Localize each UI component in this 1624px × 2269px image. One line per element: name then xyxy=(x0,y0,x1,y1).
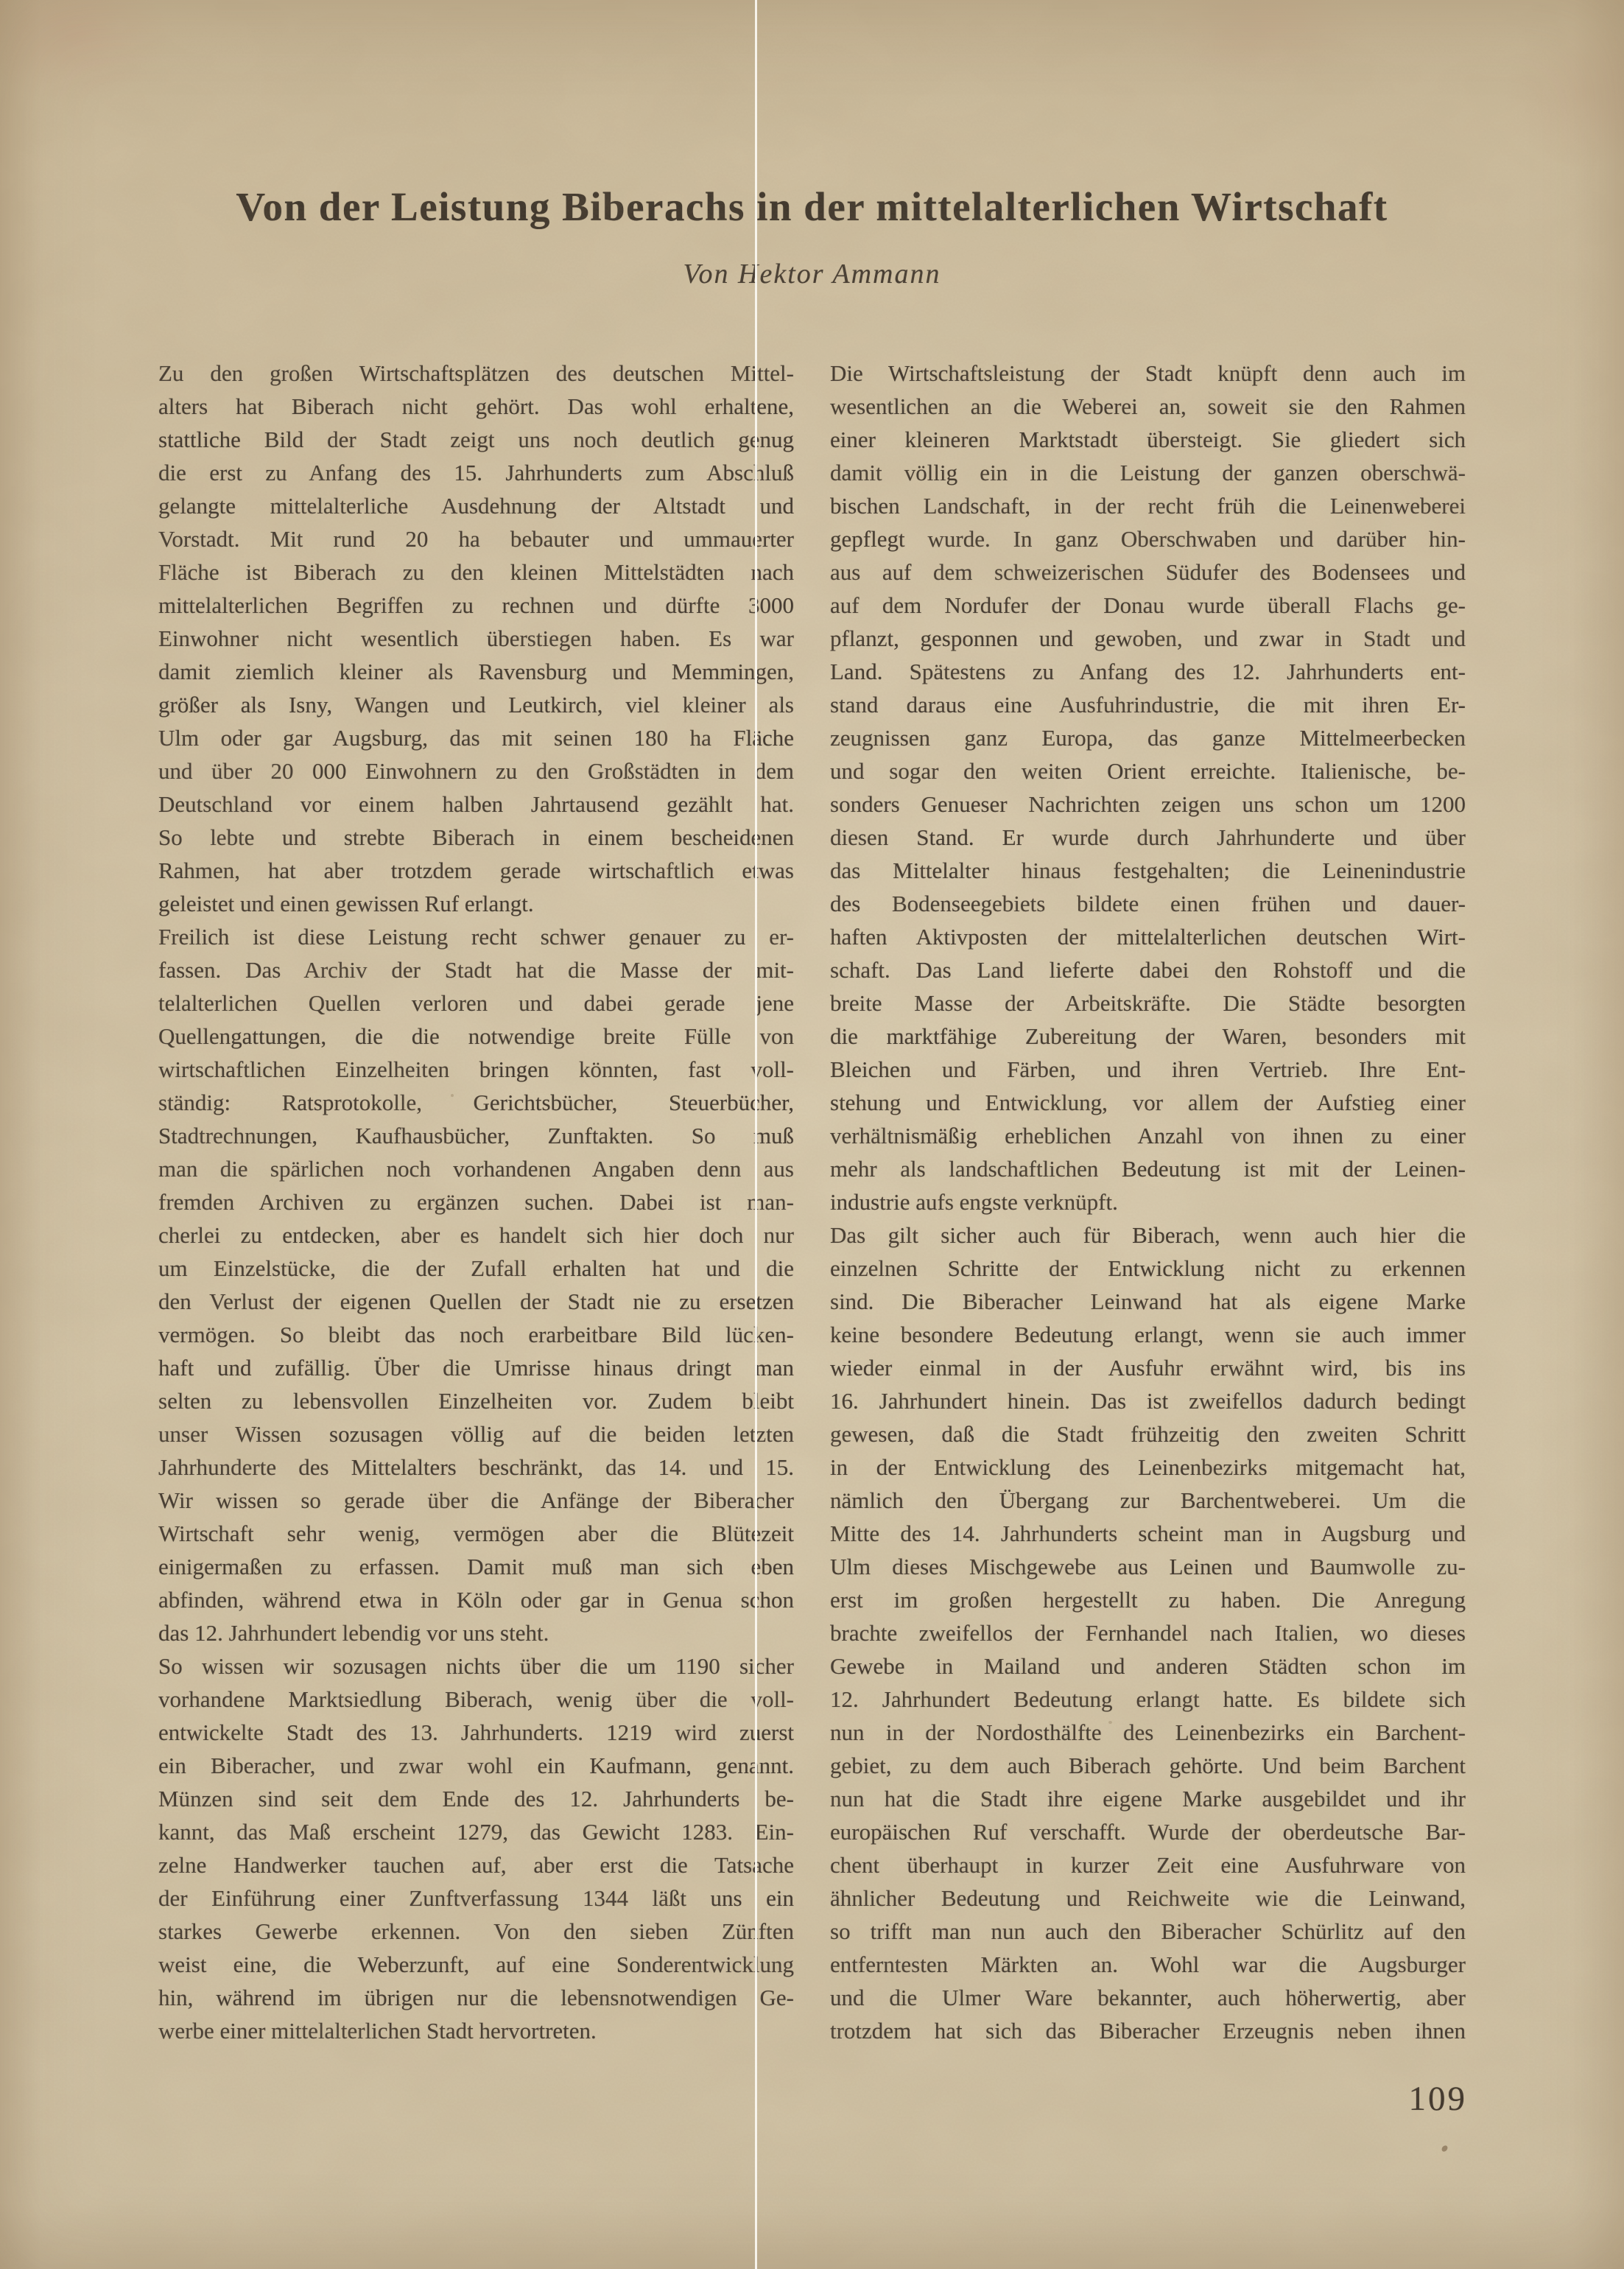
text-line: wesentlichen an die Weberei an, soweit s… xyxy=(830,390,1466,423)
text-line: mehr als landschaftlichen Bedeutung ist … xyxy=(830,1152,1466,1185)
text-line: europäischen Ruf verschafft. Wurde der o… xyxy=(830,1815,1466,1848)
text-line: chent überhaupt in kurzer Zeit eine Ausf… xyxy=(830,1848,1466,1882)
paper-speck xyxy=(1441,2144,1449,2153)
article-byline: Von Hektor Ammann xyxy=(0,258,1624,290)
left-column: Zu den großen Wirtschaftsplätzen des deu… xyxy=(158,357,794,2047)
text-line: Fläche ist Biberach zu den kleinen Mitte… xyxy=(158,555,794,589)
text-line: in der Entwicklung des Leinenbezirks mit… xyxy=(830,1451,1466,1484)
text-line: Vorstadt. Mit rund 20 ha bebauter und um… xyxy=(158,522,794,555)
text-columns: Zu den großen Wirtschaftsplätzen des deu… xyxy=(158,357,1466,2047)
paper-stain xyxy=(1149,0,1370,88)
text-line: Mitte des 14. Jahrhunderts scheint man i… xyxy=(830,1517,1466,1550)
text-line: nun hat die Stadt ihre eigene Marke ausg… xyxy=(830,1782,1466,1815)
text-line: damit ziemlich kleiner als Ravensburg un… xyxy=(158,655,794,688)
text-line: industrie aufs engste verknüpft. xyxy=(830,1185,1466,1218)
text-line: zeugnissen ganz Europa, das ganze Mittel… xyxy=(830,721,1466,754)
text-line: Quellengattungen, die die notwendige bre… xyxy=(158,1020,794,1053)
text-line: Stadtrechnungen, Kaufhausbücher, Zunftak… xyxy=(158,1119,794,1152)
text-line: Wirtschaft sehr wenig, vermögen aber die… xyxy=(158,1517,794,1550)
text-line: und sogar den weiten Orient erreichte. I… xyxy=(830,754,1466,788)
paper-stain xyxy=(0,0,169,103)
text-line: einigermaßen zu erfassen. Damit muß man … xyxy=(158,1550,794,1583)
text-line: Ulm dieses Mischgewebe aus Leinen und Ba… xyxy=(830,1550,1466,1583)
text-line: des Bodenseegebiets bildete einen frühen… xyxy=(830,887,1466,920)
text-line: trotzdem hat sich das Biberacher Erzeugn… xyxy=(830,2014,1466,2047)
text-line: stand daraus eine Ausfuhrindustrie, die … xyxy=(830,688,1466,721)
text-line: Zu den großen Wirtschaftsplätzen des deu… xyxy=(158,357,794,390)
text-line: die marktfähige Zubereitung der Waren, b… xyxy=(830,1020,1466,1053)
text-line: Deutschland vor einem halben Jahrtausend… xyxy=(158,788,794,821)
text-line: diesen Stand. Er wurde durch Jahrhundert… xyxy=(830,821,1466,854)
text-line: alters hat Biberach nicht gehört. Das wo… xyxy=(158,390,794,423)
text-line: geleistet und einen gewissen Ruf erlangt… xyxy=(158,887,794,920)
text-line: pflanzt, gesponnen und gewoben, und zwar… xyxy=(830,622,1466,655)
text-line: einzelnen Schritte der Entwicklung nicht… xyxy=(830,1252,1466,1285)
text-line: So wissen wir sozusagen nichts über die … xyxy=(158,1649,794,1683)
text-line: Rahmen, hat aber trotzdem gerade wirtsch… xyxy=(158,854,794,887)
text-line: das 12. Jahrhundert lebendig vor uns ste… xyxy=(158,1616,794,1649)
right-column: Die Wirtschaftsleistung der Stadt knüpft… xyxy=(830,357,1466,2047)
text-line: sonders Genueser Nachrichten zeigen uns … xyxy=(830,788,1466,821)
text-line: 16. Jahrhundert hinein. Das ist zweifell… xyxy=(830,1384,1466,1417)
text-line: so trifft man nun auch den Biberacher Sc… xyxy=(830,1915,1466,1948)
page-number: 109 xyxy=(1252,2079,1467,2119)
text-line: Ulm oder gar Augsburg, das mit seinen 18… xyxy=(158,721,794,754)
text-line: wieder einmal in der Ausfuhr erwähnt wir… xyxy=(830,1351,1466,1384)
text-line: Münzen sind seit dem Ende des 12. Jahrhu… xyxy=(158,1782,794,1815)
text-line: man die spärlichen noch vorhandenen Anga… xyxy=(158,1152,794,1185)
text-line: und über 20 000 Einwohnern zu den Großst… xyxy=(158,754,794,788)
text-line: gepflegt wurde. In ganz Oberschwaben und… xyxy=(830,522,1466,555)
text-line: ein Biberacher, und zwar wohl ein Kaufma… xyxy=(158,1749,794,1782)
text-line: bischen Landschaft, in der recht früh di… xyxy=(830,489,1466,522)
text-line: um Einzelstücke, die der Zufall erhalten… xyxy=(158,1252,794,1285)
article-title: Von der Leistung Biberachs in der mittel… xyxy=(0,183,1624,230)
text-line: auf dem Nordufer der Donau wurde überall… xyxy=(830,589,1466,622)
text-line: ähnlicher Bedeutung und Reichweite wie d… xyxy=(830,1882,1466,1915)
text-line: zelne Handwerker tauchen auf, aber erst … xyxy=(158,1848,794,1882)
text-line: unser Wissen sozusagen völlig auf die be… xyxy=(158,1417,794,1451)
text-line: wirtschaftlichen Einzelheiten bringen kö… xyxy=(158,1053,794,1086)
text-line: ständig: Ratsprotokolle, Gerichtsbücher,… xyxy=(158,1086,794,1119)
text-line: Freilich ist diese Leistung recht schwer… xyxy=(158,920,794,953)
text-line: cherlei zu entdecken, aber es handelt si… xyxy=(158,1218,794,1252)
text-line: und die Ulmer Ware bekannter, auch höher… xyxy=(830,1981,1466,2014)
text-line: starkes Gewerbe erkennen. Von den sieben… xyxy=(158,1915,794,1948)
text-line: Bleichen und Färben, und ihren Vertrieb.… xyxy=(830,1053,1466,1086)
text-line: entwickelte Stadt des 13. Jahrhunderts. … xyxy=(158,1716,794,1749)
text-line: schaft. Das Land lieferte dabei den Rohs… xyxy=(830,953,1466,986)
text-line: fremden Archiven zu ergänzen suchen. Dab… xyxy=(158,1185,794,1218)
book-page: Von der Leistung Biberachs in der mittel… xyxy=(0,0,1624,2269)
text-line: stattliche Bild der Stadt zeigt uns noch… xyxy=(158,423,794,456)
text-line: werbe einer mittelalterlichen Stadt herv… xyxy=(158,2014,794,2047)
text-line: sind. Die Biberacher Leinwand hat als ei… xyxy=(830,1285,1466,1318)
text-line: gewesen, daß die Stadt frühzeitig den zw… xyxy=(830,1417,1466,1451)
text-line: telalterlichen Quellen verloren und dabe… xyxy=(158,986,794,1020)
text-line: größer als Isny, Wangen und Leutkirch, v… xyxy=(158,688,794,721)
text-line: damit völlig ein in die Leistung der gan… xyxy=(830,456,1466,489)
text-line: erst im großen hergestellt zu haben. Die… xyxy=(830,1583,1466,1616)
text-line: brachte zweifellos der Fernhandel nach I… xyxy=(830,1616,1466,1649)
text-line: keine besondere Bedeutung erlangt, wenn … xyxy=(830,1318,1466,1351)
text-line: entferntesten Märkten an. Wohl war die A… xyxy=(830,1948,1466,1981)
text-line: einer kleineren Marktstadt übersteigt. S… xyxy=(830,423,1466,456)
text-line: kannt, das Maß erscheint 1279, das Gewic… xyxy=(158,1815,794,1848)
text-line: Die Wirtschaftsleistung der Stadt knüpft… xyxy=(830,357,1466,390)
text-line: weist eine, die Weberzunft, auf eine Son… xyxy=(158,1948,794,1981)
text-line: Einwohner nicht wesentlich überstiegen h… xyxy=(158,622,794,655)
text-line: Wir wissen so gerade über die Anfänge de… xyxy=(158,1484,794,1517)
paper-stain xyxy=(1502,22,1624,169)
text-line: verhältnismäßig erheblichen Anzahl von i… xyxy=(830,1119,1466,1152)
text-line: 12. Jahrhundert Bedeutung erlangt hatte.… xyxy=(830,1683,1466,1716)
text-line: Land. Spätestens zu Anfang des 12. Jahrh… xyxy=(830,655,1466,688)
text-line: nämlich den Übergang zur Barchentweberei… xyxy=(830,1484,1466,1517)
text-line: nun in der Nordosthälfte des Leinenbezir… xyxy=(830,1716,1466,1749)
text-line: haft und zufällig. Über die Umrisse hina… xyxy=(158,1351,794,1384)
text-line: Gewebe in Mailand und anderen Städten sc… xyxy=(830,1649,1466,1683)
text-line: vorhandene Marktsiedlung Biberach, wenig… xyxy=(158,1683,794,1716)
text-line: das Mittelalter hinaus festgehalten; die… xyxy=(830,854,1466,887)
text-line: So lebte und strebte Biberach in einem b… xyxy=(158,821,794,854)
text-line: mittelalterlichen Begriffen zu rechnen u… xyxy=(158,589,794,622)
text-line: selten zu lebensvollen Einzelheiten vor.… xyxy=(158,1384,794,1417)
text-line: aus auf dem schweizerischen Südufer des … xyxy=(830,555,1466,589)
text-line: hin, während im übrigen nur die lebensno… xyxy=(158,1981,794,2014)
text-line: vermögen. So bleibt das noch erarbeitbar… xyxy=(158,1318,794,1351)
text-line: Jahrhunderte des Mittelalters beschränkt… xyxy=(158,1451,794,1484)
text-line: den Verlust der eigenen Quellen der Stad… xyxy=(158,1285,794,1318)
text-line: der Einführung einer Zunftverfassung 134… xyxy=(158,1882,794,1915)
text-line: haften Aktivposten der mittelalterlichen… xyxy=(830,920,1466,953)
text-line: die erst zu Anfang des 15. Jahrhunderts … xyxy=(158,456,794,489)
text-line: gelangte mittelalterliche Ausdehnung der… xyxy=(158,489,794,522)
text-line: Das gilt sicher auch für Biberach, wenn … xyxy=(830,1218,1466,1252)
text-line: breite Masse der Arbeitskräfte. Die Städ… xyxy=(830,986,1466,1020)
text-line: stehung und Entwicklung, vor allem der A… xyxy=(830,1086,1466,1119)
text-line: fassen. Das Archiv der Stadt hat die Mas… xyxy=(158,953,794,986)
text-line: gebiet, zu dem auch Biberach gehörte. Un… xyxy=(830,1749,1466,1782)
text-line: abfinden, während etwa in Köln oder gar … xyxy=(158,1583,794,1616)
